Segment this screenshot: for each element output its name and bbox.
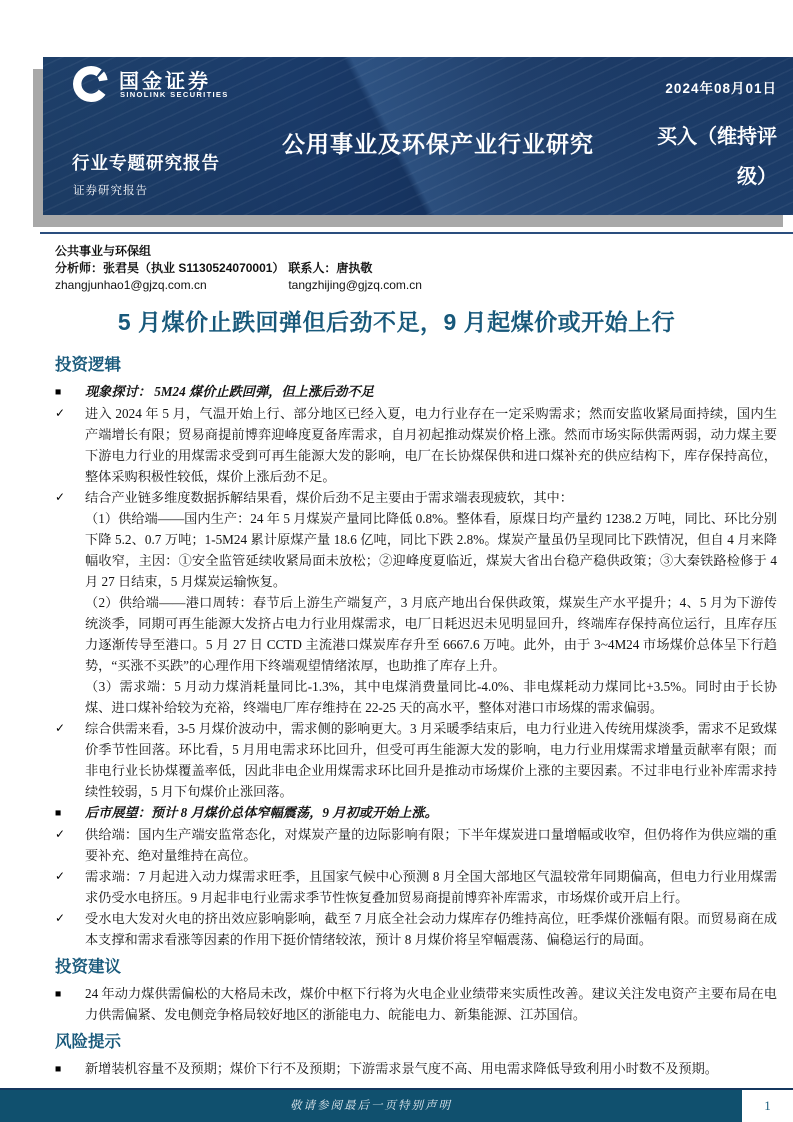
item-text: 24 年动力煤供需偏松的大格局未改，煤价中枢下行将为火电企业业绩带来实质性改善。… [85,983,777,1025]
email-row: zhangjunhao1@gjzq.com.cn tangzhijing@gjz… [55,277,422,294]
sections: 投资逻辑■现象探讨： 5M24 煤价止跌回弹，但上涨后劲不足✓进入 2024 年… [55,353,777,1080]
contact-label: 联系人：唐执敬 [288,261,372,275]
list-item: ■后市展望：预计 8 月煤价总体窄幅震荡，9 月初或开始上涨。 [55,802,777,824]
list-item: ✓进入 2024 年 5 月，气温开始上行、部分地区已经入夏，电力行业存在一定采… [55,403,777,487]
bullet-square-icon: ■ [55,802,85,824]
section-heading: 投资建议 [55,955,777,979]
sinolink-logo-icon [71,64,111,104]
item-text: （2）供给端——港口周转：春节后上游生产端复产，3 月底产地出台保供政策，煤炭生… [85,592,777,676]
list-item: （2）供给端——港口周转：春节后上游生产端复产，3 月底产地出台保供政策，煤炭生… [55,592,777,676]
list-item: ■24 年动力煤供需偏松的大格局未改，煤价中枢下行将为火电企业业绩带来实质性改善… [55,983,777,1025]
analyst-block: 公共事业与环保组 分析师：张君昊（执业 S1130524070001） 联系人：… [55,243,422,294]
contact-email: tangzhijing@gjzq.com.cn [288,278,422,292]
item-text: 后市展望：预计 8 月煤价总体窄幅震荡，9 月初或开始上涨。 [85,802,777,824]
analyst-email: zhangjunhao1@gjzq.com.cn [55,277,285,294]
header-banner: 国金证券 SINOLINK SECURITIES 2024年08月01日 公用事… [43,57,793,215]
list-item: ✓供给端：国内生产端安监常态化，对煤炭产量的边际影响有限；下半年煤炭进口量增幅或… [55,824,777,866]
list-item: ■新增装机容量不及预期；煤价下行不及预期；下游需求景气度不高、用电需求降低导致利… [55,1058,777,1080]
list-item: ✓结合产业链多维度数据拆解结果看，煤价后劲不足主要由于需求端表现疲软，其中： [55,487,777,508]
report-page: 国金证券 SINOLINK SECURITIES 2024年08月01日 公用事… [0,0,793,1122]
check-icon: ✓ [55,866,85,908]
item-text: 需求端：7 月起进入动力煤需求旺季，且国家气候中心预测 8 月全国大部地区气温较… [85,866,777,908]
check-icon: ✓ [55,487,85,508]
check-icon: ✓ [55,824,85,866]
analyst-row: 分析师：张君昊（执业 S1130524070001） 联系人：唐执敬 [55,260,422,277]
item-text: 新增装机容量不及预期；煤价下行不及预期；下游需求景气度不高、用电需求降低导致利用… [85,1058,777,1080]
check-icon: ✓ [55,908,85,950]
list-item: ✓受水电大发对火电的挤出效应影响影响，截至 7 月底全社会动力煤库存仍维持高位，… [55,908,777,950]
bullet-square-icon: ■ [55,1058,85,1080]
check-icon: ✓ [55,403,85,487]
page-title: 5 月煤价止跌回弹但后劲不足，9 月起煤价或开始上行 [0,304,793,337]
list-item: ■现象探讨： 5M24 煤价止跌回弹，但上涨后劲不足 [55,381,777,403]
header-divider [40,232,793,234]
bullet-square-icon: ■ [55,983,85,1025]
indent-spacer [55,508,85,592]
report-type-label: 行业专题研究报告 [72,150,220,175]
list-item: （1）供给端——国内生产：24 年 5 月煤炭产量同比降低 0.8%。整体看，原… [55,508,777,592]
list-item: （3）需求端：5 月动力煤消耗量同比-1.3%，其中电煤消费量同比-4.0%、非… [55,676,777,718]
section-heading: 风险提示 [55,1030,777,1054]
item-text: （1）供给端——国内生产：24 年 5 月煤炭产量同比降低 0.8%。整体看，原… [85,508,777,592]
page-number: 1 [742,1090,793,1122]
indent-spacer [55,676,85,718]
report-date: 2024年08月01日 [665,77,777,97]
report-subtype-label: 证券研究报告 [73,182,148,198]
item-text: 现象探讨： 5M24 煤价止跌回弹，但上涨后劲不足 [85,381,777,403]
brand-name-en: SINOLINK SECURITIES [120,90,229,99]
bullet-square-icon: ■ [55,381,85,403]
footer-disclaimer: 敬请参阅最后一页特别声明 [0,1090,742,1122]
rating-badge: 买入（维持评 级） [587,117,777,197]
item-text: 供给端：国内生产端安监常态化，对煤炭产量的边际影响有限；下半年煤炭进口量增幅或收… [85,824,777,866]
check-icon: ✓ [55,718,85,802]
list-item: ✓综合供需来看，3-5 月煤价波动中，需求侧的影响更大。3 月采暖季结束后，电力… [55,718,777,802]
section-heading: 投资逻辑 [55,353,777,377]
team-name: 公共事业与环保组 [55,243,422,260]
item-text: 进入 2024 年 5 月，气温开始上行、部分地区已经入夏，电力行业存在一定采购… [85,403,777,487]
list-item: ✓需求端：7 月起进入动力煤需求旺季，且国家气候中心预测 8 月全国大部地区气温… [55,866,777,908]
item-text: 结合产业链多维度数据拆解结果看，煤价后劲不足主要由于需求端表现疲软，其中： [85,487,777,508]
item-text: 受水电大发对火电的挤出效应影响影响，截至 7 月底全社会动力煤库存仍维持高位，旺… [85,908,777,950]
item-text: （3）需求端：5 月动力煤消耗量同比-1.3%，其中电煤消费量同比-4.0%、非… [85,676,777,718]
indent-spacer [55,592,85,676]
item-text: 综合供需来看，3-5 月煤价波动中，需求侧的影响更大。3 月采暖季结束后，电力行… [85,718,777,802]
analyst-label: 分析师：张君昊（执业 S1130524070001） [55,260,285,277]
